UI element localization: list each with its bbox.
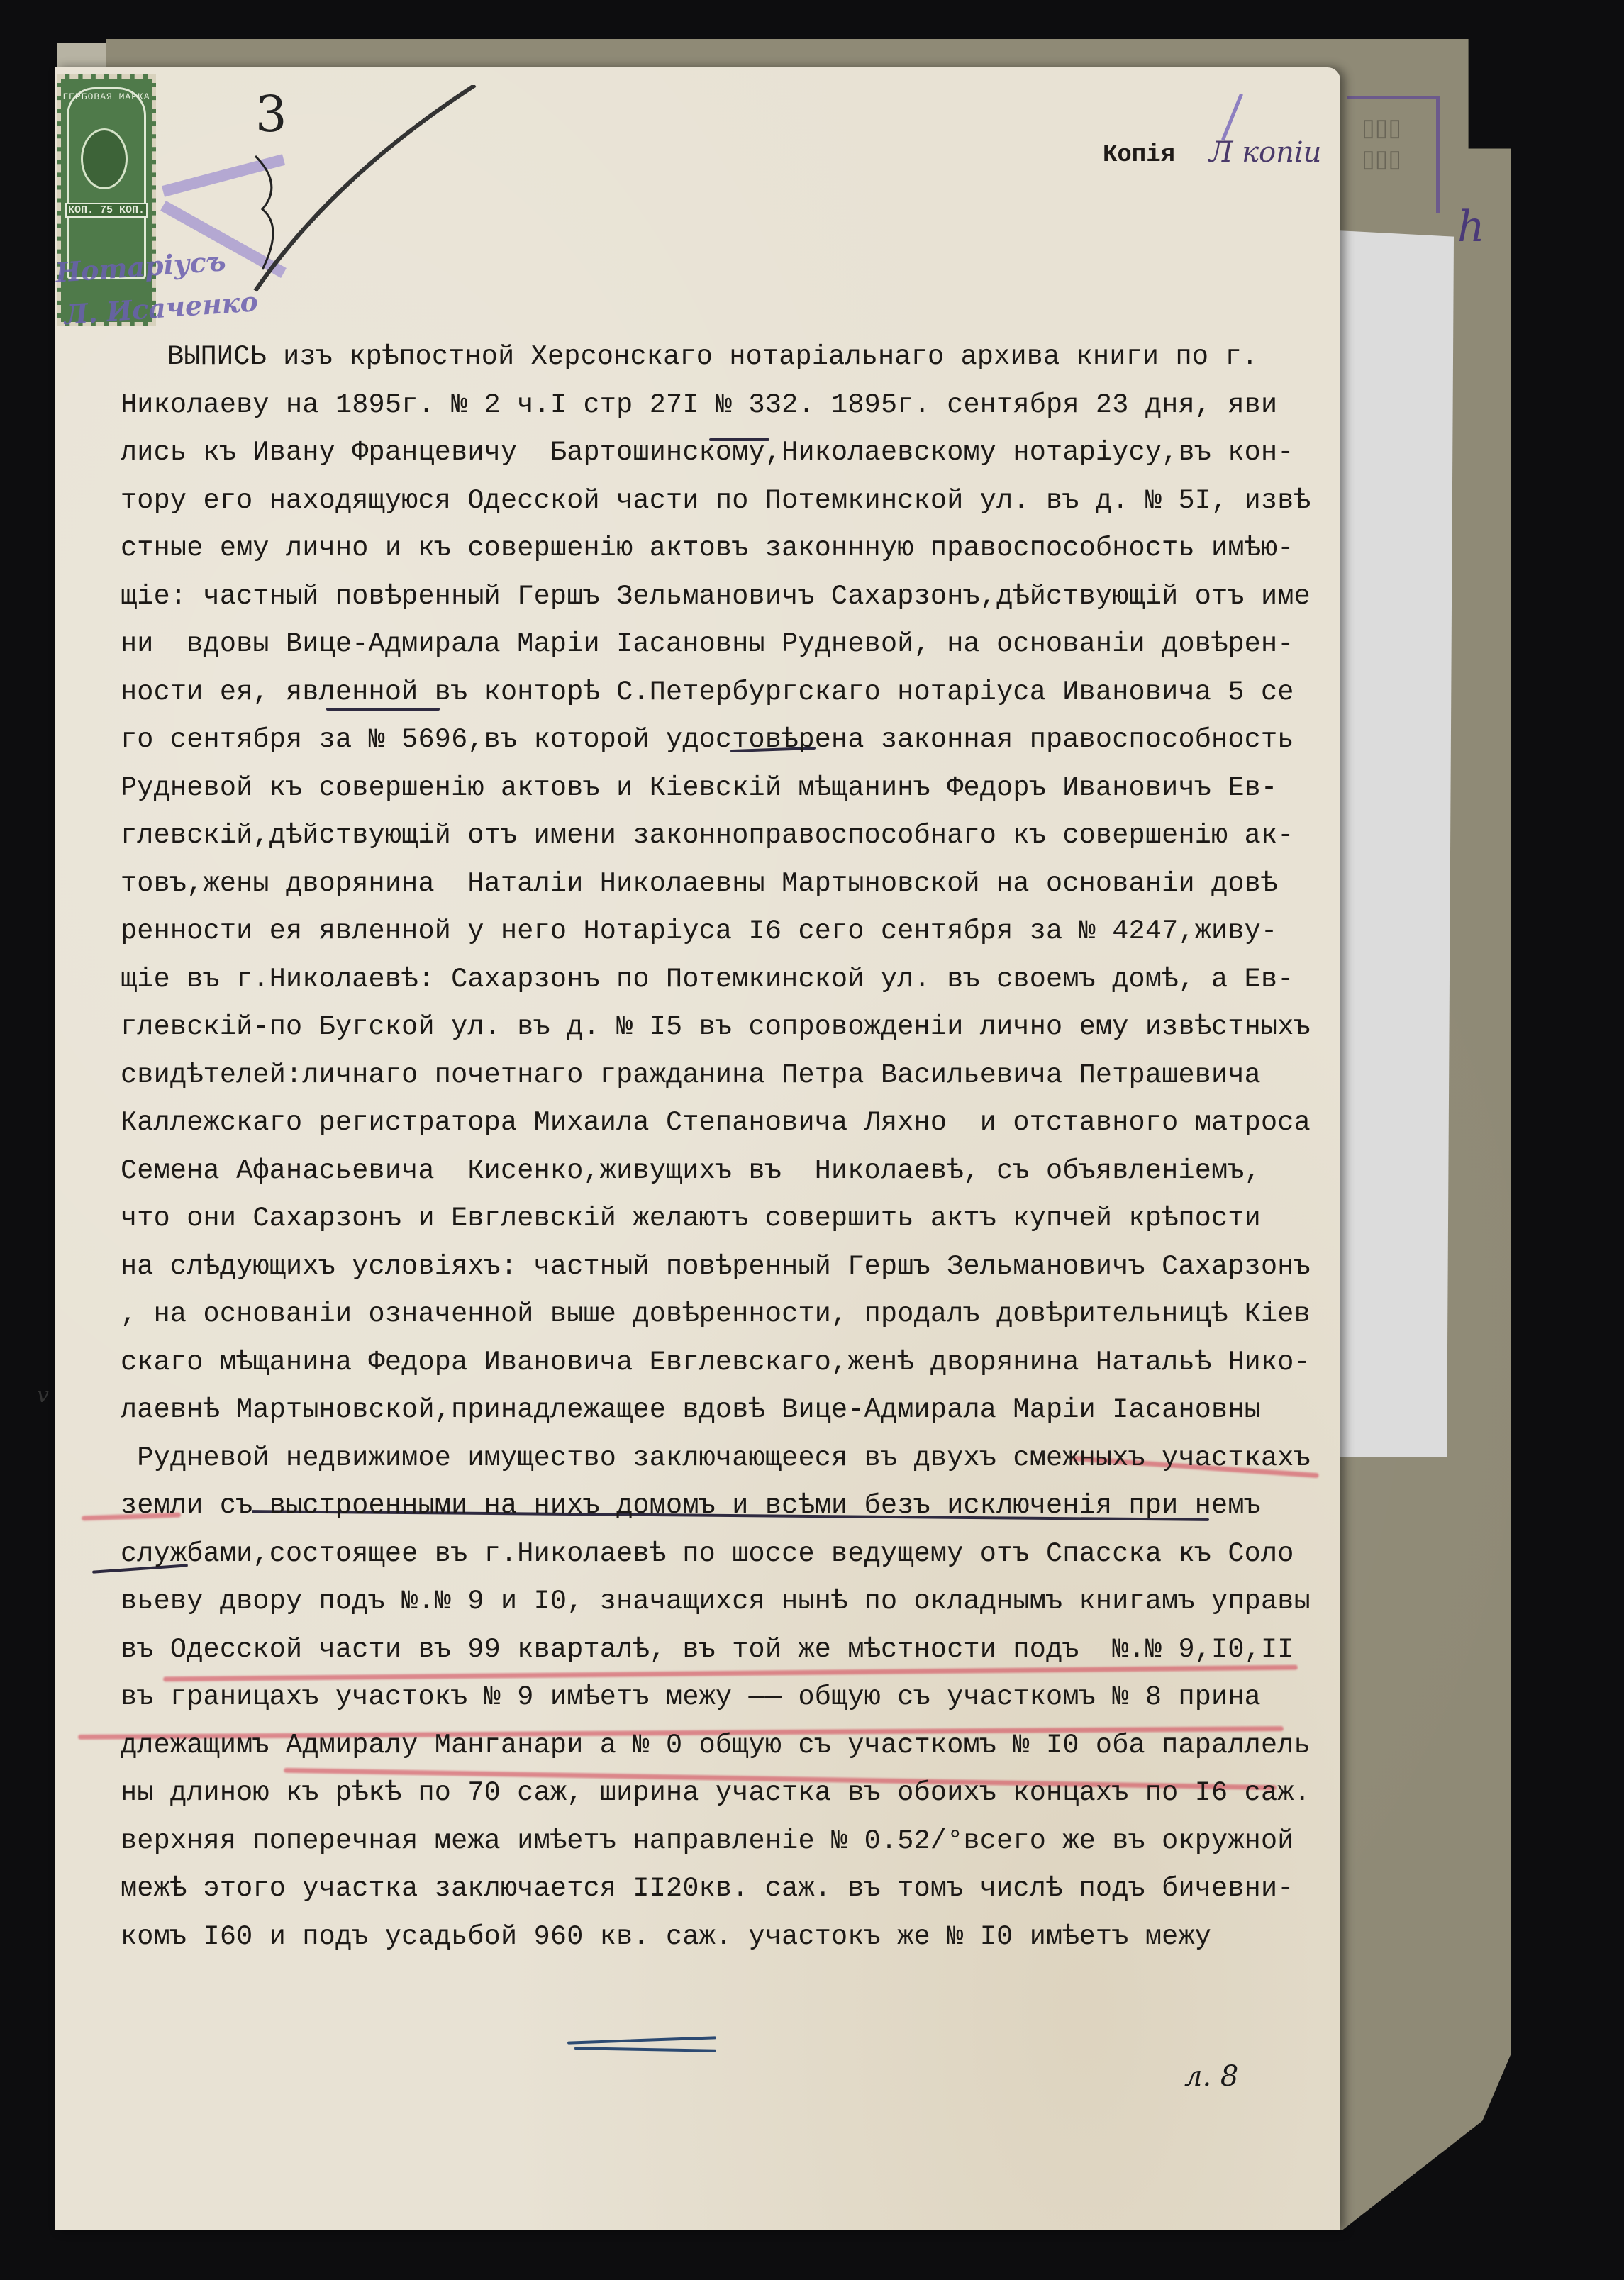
text-line: скаго мѣщанина Федора Ивановича Евглевск… [121, 1339, 1298, 1387]
text-line: свидѣтелей:личнаго почетнаго гражданина … [121, 1052, 1298, 1100]
text-line: ны длиною къ рѣкѣ по 70 саж, ширина учас… [121, 1769, 1298, 1818]
text-line: земли съ выстроенными на нихъ домомъ и в… [121, 1482, 1298, 1530]
text-line: стные ему лично и къ совершенію актовъ з… [121, 525, 1298, 573]
document-body: ВЫПИСЬ изъ крѣпостной Херсонскаго нотарі… [121, 333, 1298, 1961]
text-line: комъ I60 и подъ усадьбой 960 кв. саж. уч… [121, 1913, 1298, 1962]
text-line: ности ея, явленной въ конторѣ С.Петербур… [121, 669, 1298, 717]
notary-stamp: Нотаріусъ Л. Исаченко [54, 238, 260, 336]
text-line: го сентября за № 5696,въ которой удостов… [121, 716, 1298, 764]
text-line: глевскій-по Бугской ул. въ д. № I5 въ со… [121, 1003, 1298, 1052]
text-line: щіе въ г.Николаевѣ: Сахарзонъ по Потемки… [121, 956, 1298, 1004]
pen-mark-number: 3 [255, 85, 287, 143]
text-line: Николаеву на 1895г. № 2 ч.I стр 27I № 33… [121, 382, 1298, 430]
text-line: ВЫПИСЬ изъ крѣпостной Херсонскаго нотарі… [121, 333, 1298, 382]
text-line: ни вдовы Вице-Адмирала Маріи Iасановны Р… [121, 621, 1298, 669]
text-line: въ границахъ участокъ № 9 имѣетъ межу ——… [121, 1674, 1298, 1722]
text-line: товъ,жены дворянина Наталіи Николаевны М… [121, 860, 1298, 908]
text-line: лаевнѣ Мартыновской,принадлежащее вдовѣ … [121, 1386, 1298, 1435]
text-line: тору его находящуюся Одесской части по П… [121, 477, 1298, 525]
text-line: службами,состоящее въ г.Николаевѣ по шос… [121, 1530, 1298, 1579]
text-line: верхняя поперечная межа имѣетъ направлен… [121, 1818, 1298, 1866]
text-line: на слѣдующихъ условіяхъ: частный повѣрен… [121, 1243, 1298, 1291]
text-line: Семена Афанасьевича Кисенко,живущихъ въ … [121, 1147, 1298, 1196]
text-line: длежащимъ Адмиралу Манганари а № 0 общую… [121, 1722, 1298, 1770]
text-line: Рудневой недвижимое имущество заключающе… [121, 1435, 1298, 1483]
text-line: ренности ея явленной у него Нотаріуса I6… [121, 908, 1298, 956]
copy-label: Копія [1103, 142, 1175, 169]
text-line: глевскій,дѣйствующій отъ имени законнопр… [121, 812, 1298, 860]
text-line: межѣ этого участка заключается II20кв. с… [121, 1865, 1298, 1913]
handwritten-page-signature: л. 8 [1184, 2060, 1238, 2093]
folder-archive-stamp: ▯▯▯▯▯▯ [1347, 96, 1440, 213]
text-line: вьеву двору подъ №.№ 9 и I0, значащихся … [121, 1578, 1298, 1626]
copy-handwritten-note: Л копіи [1209, 136, 1321, 169]
folder-handwritten-mark: h [1457, 202, 1485, 252]
text-line: Рудневой къ совершенію актовъ и Кіевскій… [121, 764, 1298, 813]
text-line: въ Одесской части въ 99 кварталѣ, въ той… [121, 1626, 1298, 1674]
margin-check-mark: v [37, 1383, 49, 1408]
text-line: что они Сахарзонъ и Евглевскій желаютъ с… [121, 1195, 1298, 1243]
text-line: , на основаніи означенной выше довѣренно… [121, 1291, 1298, 1339]
inserted-paper-slip [1337, 230, 1454, 1457]
text-line: лись къ Ивану Францевичу Бартошинскому,Н… [121, 429, 1298, 477]
text-line: Каллежскаго регистратора Михаила Степано… [121, 1099, 1298, 1147]
text-line: щіе: частный повѣренный Гершъ Зельманови… [121, 573, 1298, 621]
